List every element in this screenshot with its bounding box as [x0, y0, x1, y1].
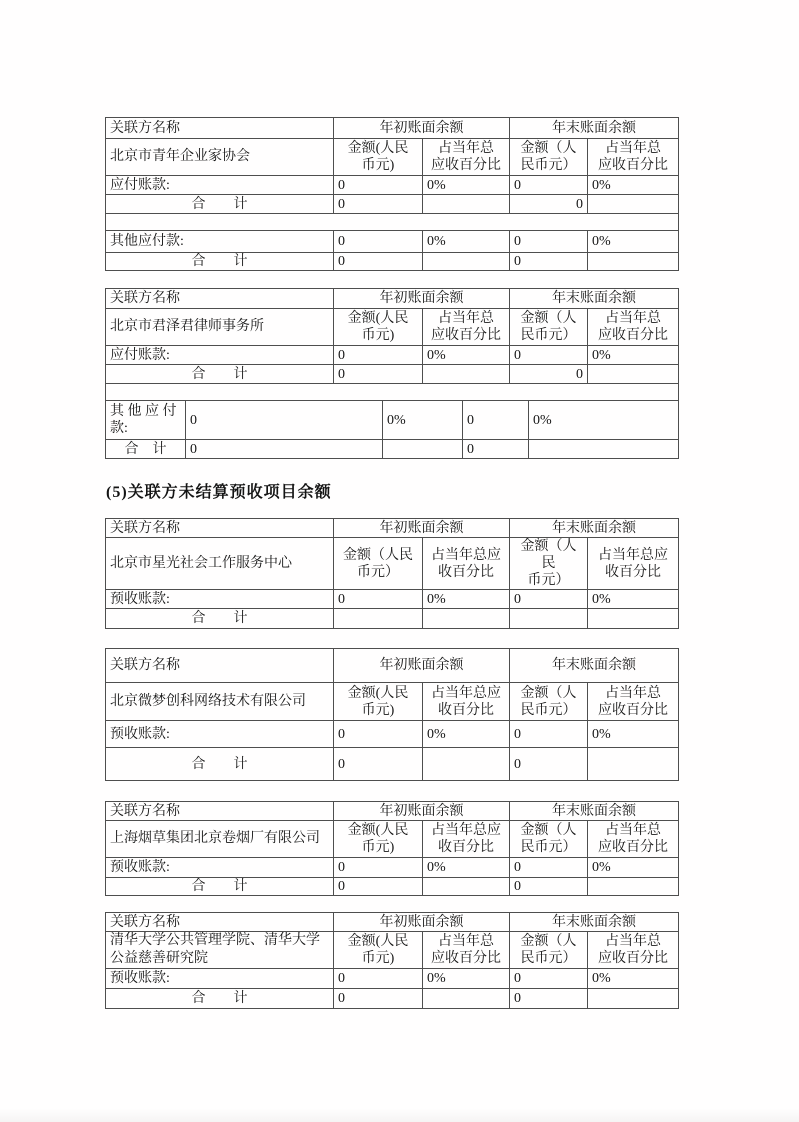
value-cell: 0	[510, 721, 588, 748]
row-label: 合 计	[106, 440, 186, 459]
row-label: 其他应付款:	[106, 231, 334, 253]
pct-end-header: 占当年总 应收百分比	[588, 821, 679, 858]
row-label: 合 计	[106, 609, 334, 629]
table-row: 预收账款: 0 0% 0 0%	[106, 721, 679, 748]
value-cell: 0	[510, 969, 588, 989]
related-party-table-1: 关联方名称 年初账面余额 年末账面余额 北京市青年企业家协会 金额(人民 币元)…	[105, 117, 679, 271]
value-cell: 0	[510, 858, 588, 878]
amount-begin-header: 金额(人民 币元)	[334, 932, 423, 969]
row-label: 预收账款:	[106, 721, 334, 748]
end-balance-header: 年末账面余额	[510, 118, 679, 139]
total-row: 合 计 0 0	[106, 440, 679, 459]
table-row: 北京市星光社会工作服务中心 金额（人民 币元） 占当年总应 收百分比 金额（人民…	[106, 538, 679, 590]
begin-balance-header: 年初账面余额	[334, 802, 510, 821]
party-name-header: 关联方名称	[106, 519, 334, 538]
separator-row	[106, 384, 679, 401]
pct-end-header: 占当年总 应收百分比	[588, 139, 679, 176]
value-cell: 0%	[383, 401, 463, 440]
table-row: 关联方名称 年初账面余额 年末账面余额	[106, 649, 679, 683]
amount-end-header: 金额（人 民币元）	[510, 683, 588, 721]
amount-end-header: 金额（人 民币元）	[510, 309, 588, 346]
total-row: 合 计 0 0	[106, 365, 679, 384]
value-cell	[423, 365, 510, 384]
row-label: 合 计	[106, 195, 334, 214]
value-cell: 0%	[423, 969, 510, 989]
value-cell	[588, 195, 679, 214]
row-label: 其 他 应 付 款:	[106, 401, 186, 440]
value-cell: 0%	[588, 231, 679, 253]
amount-begin-header: 金额(人民 币元)	[334, 683, 423, 721]
related-party-table-2: 关联方名称 年初账面余额 年末账面余额 北京市君泽君律师事务所 金额(人民 币元…	[105, 288, 679, 459]
value-cell: 0%	[588, 721, 679, 748]
total-row: 合 计 0 0	[106, 878, 679, 896]
party-name-header: 关联方名称	[106, 649, 334, 683]
value-cell: 0	[510, 231, 588, 253]
value-cell: 0	[186, 401, 383, 440]
value-cell: 0	[334, 365, 423, 384]
table-row: 应付账款: 0 0% 0 0%	[106, 346, 679, 365]
value-cell: 0	[334, 195, 423, 214]
value-cell: 0	[334, 721, 423, 748]
value-cell: 0	[510, 346, 588, 365]
value-cell: 0	[334, 253, 423, 271]
value-cell	[423, 253, 510, 271]
table-row: 关联方名称 年初账面余额 年末账面余额	[106, 289, 679, 309]
value-cell: 0%	[588, 590, 679, 609]
value-cell: 0	[510, 253, 588, 271]
party-name-header: 关联方名称	[106, 118, 334, 139]
party-name-header: 关联方名称	[106, 913, 334, 932]
pct-end-header: 占当年总 应收百分比	[588, 932, 679, 969]
value-cell	[423, 195, 510, 214]
end-balance-header: 年末账面余额	[510, 649, 679, 683]
value-cell	[588, 365, 679, 384]
value-cell: 0	[510, 989, 588, 1009]
value-cell: 0	[510, 878, 588, 896]
table-row: 北京市君泽君律师事务所 金额(人民 币元) 占当年总 应收百分比 金额（人 民币…	[106, 309, 679, 346]
end-balance-header: 年末账面余额	[510, 519, 679, 538]
value-cell: 0%	[529, 401, 679, 440]
table-row: 预收账款: 0 0% 0 0%	[106, 858, 679, 878]
related-party-table-4: 关联方名称 年初账面余额 年末账面余额 北京微梦创科网络技术有限公司 金额(人民…	[105, 648, 679, 781]
pct-begin-header: 占当年总应 收百分比	[423, 821, 510, 858]
pct-end-header: 占当年总应 收百分比	[588, 538, 679, 590]
value-cell: 0%	[423, 231, 510, 253]
scan-shadow	[0, 1108, 799, 1122]
related-party-table-6: 关联方名称 年初账面余额 年末账面余额 清华大学公共管理学院、清华大学公益慈善研…	[105, 912, 679, 1009]
pct-begin-header: 占当年总 应收百分比	[423, 139, 510, 176]
value-cell: 0	[334, 590, 423, 609]
party-name: 北京市星光社会工作服务中心	[106, 538, 334, 590]
value-cell: 0	[334, 858, 423, 878]
amount-begin-header: 金额(人民 币元)	[334, 139, 423, 176]
value-cell: 0	[510, 590, 588, 609]
pct-end-header: 占当年总 应收百分比	[588, 683, 679, 721]
section-title: (5)关联方未结算预收项目余额	[106, 479, 332, 502]
pct-begin-header: 占当年总应 收百分比	[423, 538, 510, 590]
value-cell: 0%	[423, 721, 510, 748]
row-label: 合 计	[106, 748, 334, 781]
amount-begin-header: 金额（人民 币元）	[334, 538, 423, 590]
related-party-table-5: 关联方名称 年初账面余额 年末账面余额 上海烟草集团北京卷烟厂有限公司 金额(人…	[105, 801, 679, 896]
value-cell: 0%	[423, 346, 510, 365]
begin-balance-header: 年初账面余额	[334, 289, 510, 309]
amount-end-header: 金额（人民 币元）	[510, 538, 588, 590]
value-cell: 0%	[588, 346, 679, 365]
row-label: 合 计	[106, 878, 334, 896]
value-cell: 0	[463, 401, 529, 440]
party-name: 北京微梦创科网络技术有限公司	[106, 683, 334, 721]
begin-balance-header: 年初账面余额	[334, 649, 510, 683]
party-name: 北京市青年企业家协会	[106, 139, 334, 176]
value-cell	[423, 989, 510, 1009]
value-cell: 0	[334, 989, 423, 1009]
table-row: 清华大学公共管理学院、清华大学公益慈善研究院 金额(人民 币元) 占当年总 应收…	[106, 932, 679, 969]
table-row: 预收账款: 0 0% 0 0%	[106, 590, 679, 609]
value-cell: 0	[334, 346, 423, 365]
total-row: 合 计 0 0	[106, 989, 679, 1009]
value-cell	[588, 989, 679, 1009]
row-label: 合 计	[106, 989, 334, 1009]
row-label: 预收账款:	[106, 969, 334, 989]
value-cell: 0	[334, 176, 423, 195]
total-row: 合 计 0 0	[106, 253, 679, 271]
separator-row	[106, 214, 679, 231]
value-cell: 0	[510, 176, 588, 195]
value-cell: 0%	[423, 858, 510, 878]
document-page: 关联方名称 年初账面余额 年末账面余额 北京市青年企业家协会 金额(人民 币元)…	[0, 0, 799, 1122]
end-balance-header: 年末账面余额	[510, 802, 679, 821]
value-cell: 0%	[588, 858, 679, 878]
party-name-header: 关联方名称	[106, 289, 334, 309]
value-cell	[423, 609, 510, 629]
value-cell: 0	[334, 231, 423, 253]
amount-begin-header: 金额(人民 币元)	[334, 821, 423, 858]
pct-begin-header: 占当年总应 收百分比	[423, 683, 510, 721]
pct-begin-header: 占当年总 应收百分比	[423, 932, 510, 969]
value-cell: 0%	[588, 969, 679, 989]
value-cell	[529, 440, 679, 459]
total-row: 合 计 0 0	[106, 195, 679, 214]
row-label: 预收账款:	[106, 858, 334, 878]
table-row: 北京市青年企业家协会 金额(人民 币元) 占当年总 应收百分比 金额（人 民币元…	[106, 139, 679, 176]
pct-begin-header: 占当年总 应收百分比	[423, 309, 510, 346]
value-cell	[423, 748, 510, 781]
table-row: 其他应付款: 0 0% 0 0%	[106, 231, 679, 253]
begin-balance-header: 年初账面余额	[334, 913, 510, 932]
pct-end-header: 占当年总 应收百分比	[588, 309, 679, 346]
value-cell: 0	[463, 440, 529, 459]
value-cell	[588, 748, 679, 781]
amount-begin-header: 金额(人民 币元)	[334, 309, 423, 346]
value-cell	[334, 609, 423, 629]
table-row: 关联方名称 年初账面余额 年末账面余额	[106, 118, 679, 139]
row-label: 合 计	[106, 365, 334, 384]
begin-balance-header: 年初账面余额	[334, 118, 510, 139]
value-cell	[588, 609, 679, 629]
total-row: 合 计	[106, 609, 679, 629]
value-cell: 0	[334, 969, 423, 989]
table-row: 预收账款: 0 0% 0 0%	[106, 969, 679, 989]
value-cell: 0%	[423, 590, 510, 609]
value-cell: 0	[510, 748, 588, 781]
related-party-table-3: 关联方名称 年初账面余额 年末账面余额 北京市星光社会工作服务中心 金额（人民 …	[105, 518, 679, 629]
table-row: 关联方名称 年初账面余额 年末账面余额	[106, 519, 679, 538]
party-name: 上海烟草集团北京卷烟厂有限公司	[106, 821, 334, 858]
table-row: 应付账款: 0 0% 0 0%	[106, 176, 679, 195]
begin-balance-header: 年初账面余额	[334, 519, 510, 538]
value-cell: 0	[510, 365, 588, 384]
value-cell: 0	[334, 748, 423, 781]
value-cell	[588, 253, 679, 271]
value-cell	[383, 440, 463, 459]
blank-cell	[106, 214, 679, 231]
value-cell: 0	[510, 195, 588, 214]
table-row: 关联方名称 年初账面余额 年末账面余额	[106, 913, 679, 932]
row-label: 应付账款:	[106, 176, 334, 195]
value-cell	[588, 878, 679, 896]
end-balance-header: 年末账面余额	[510, 289, 679, 309]
table-row: 其 他 应 付 款: 0 0% 0 0%	[106, 401, 679, 440]
table-row: 北京微梦创科网络技术有限公司 金额(人民 币元) 占当年总应 收百分比 金额（人…	[106, 683, 679, 721]
blank-cell	[106, 384, 679, 401]
total-row: 合 计 0 0	[106, 748, 679, 781]
row-label: 预收账款:	[106, 590, 334, 609]
party-name-header: 关联方名称	[106, 802, 334, 821]
table-row: 上海烟草集团北京卷烟厂有限公司 金额(人民 币元) 占当年总应 收百分比 金额（…	[106, 821, 679, 858]
amount-end-header: 金额（人 民币元）	[510, 932, 588, 969]
row-label: 应付账款:	[106, 346, 334, 365]
row-label: 合 计	[106, 253, 334, 271]
value-cell: 0%	[423, 176, 510, 195]
amount-end-header: 金额（人 民币元）	[510, 139, 588, 176]
value-cell: 0	[186, 440, 383, 459]
table-row: 关联方名称 年初账面余额 年末账面余额	[106, 802, 679, 821]
party-name: 清华大学公共管理学院、清华大学公益慈善研究院	[106, 932, 334, 969]
end-balance-header: 年末账面余额	[510, 913, 679, 932]
value-cell: 0%	[588, 176, 679, 195]
value-cell	[423, 878, 510, 896]
party-name: 北京市君泽君律师事务所	[106, 309, 334, 346]
value-cell: 0	[334, 878, 423, 896]
value-cell	[510, 609, 588, 629]
amount-end-header: 金额（人 民币元）	[510, 821, 588, 858]
